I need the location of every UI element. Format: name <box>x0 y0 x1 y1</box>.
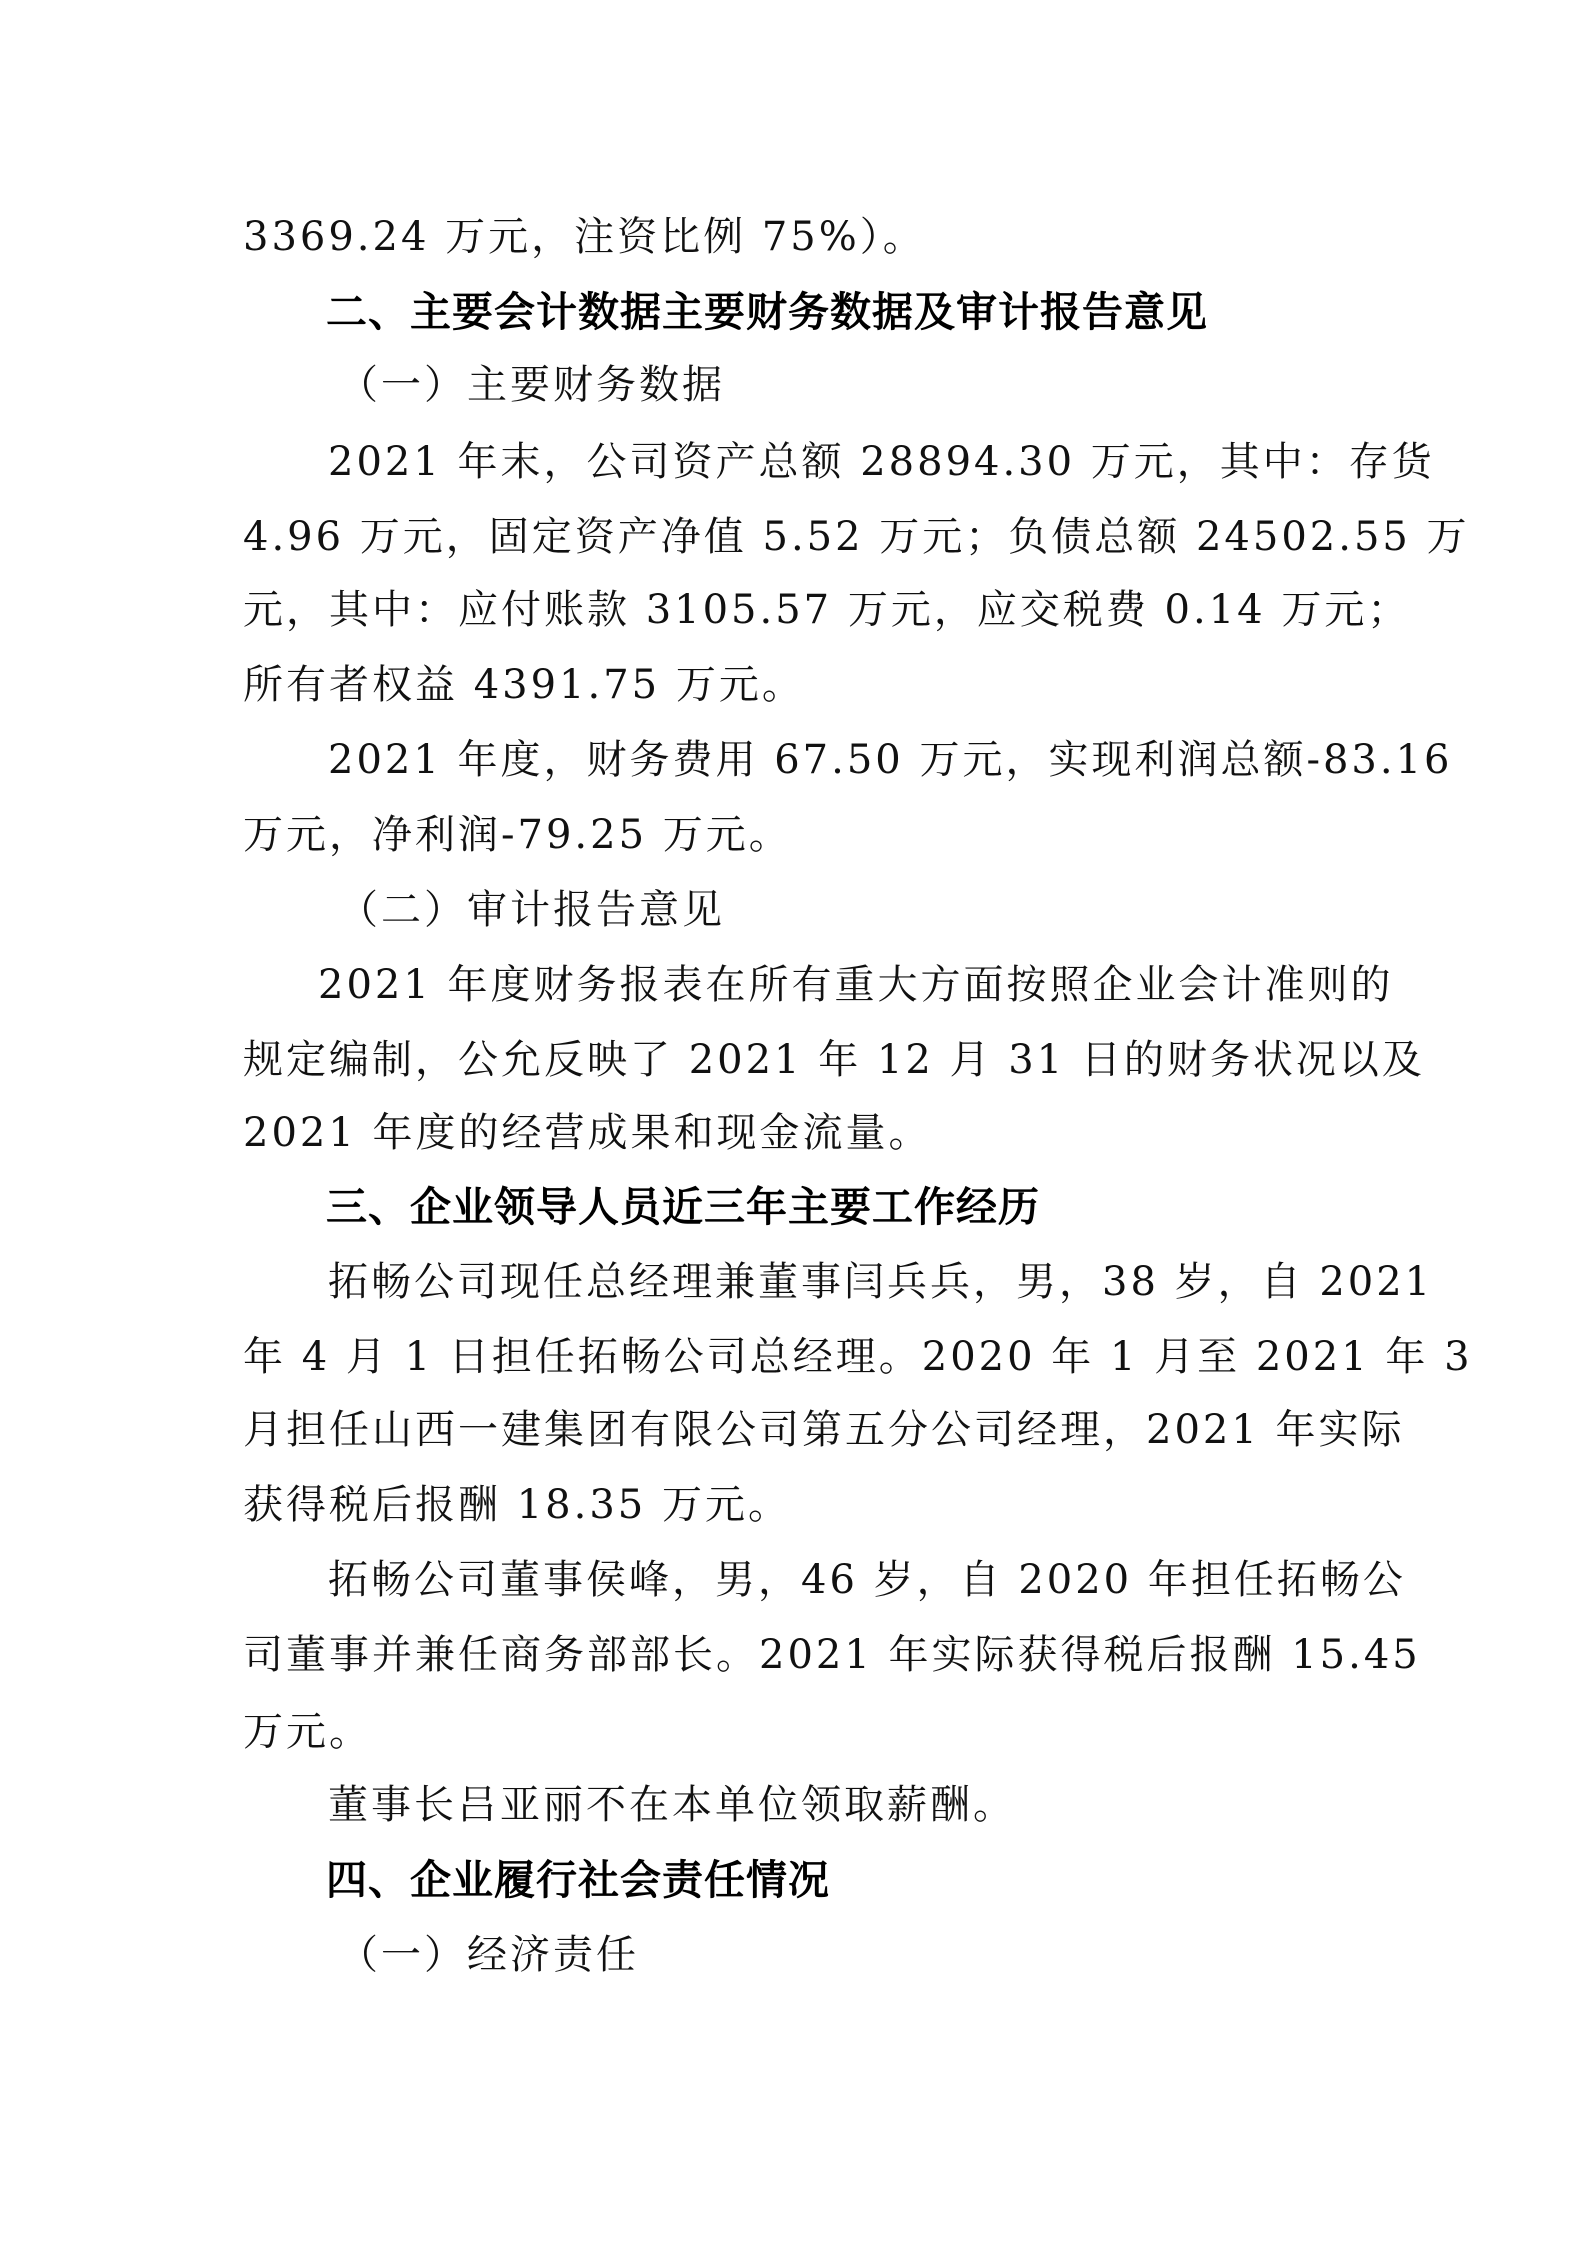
body-text-line: 获得税后报酬 18.35 万元。 <box>243 1480 791 1530</box>
section-heading-4: 四、企业履行社会责任情况 <box>326 1855 830 1905</box>
body-text-line: 万元，净利润-79.25 万元。 <box>243 810 792 860</box>
body-text-line: 2021 年末，公司资产总额 28894.30 万元，其中：存货 <box>328 437 1345 487</box>
body-text-line: 司董事并兼任商务部部长。2021 年实际获得税后报酬 15.45 <box>243 1630 1345 1680</box>
body-text-line: 拓畅公司现任总经理兼董事闫兵兵，男，38 岁，自 2021 <box>328 1257 1345 1307</box>
body-text-line: 月担任山西一建集团有限公司第五分公司经理，2021 年实际 <box>243 1405 1345 1455</box>
body-text-line: 2021 年度财务报表在所有重大方面按照企业会计准则的 <box>318 960 1345 1010</box>
body-text-line: 2021 年度，财务费用 67.50 万元，实现利润总额-83.16 <box>328 735 1345 785</box>
body-text-line: 董事长吕亚丽不在本单位领取薪酬。 <box>328 1780 1016 1830</box>
body-text-line: 4.96 万元，固定资产净值 5.52 万元；负债总额 24502.55 万 <box>243 512 1345 562</box>
section-heading-3: 三、企业领导人员近三年主要工作经历 <box>326 1182 1040 1232</box>
document-page: 3369.24 万元，注资比例 75%）。 二、主要会计数据主要财务数据及审计报… <box>0 0 1587 2245</box>
body-text-line: 所有者权益 4391.75 万元。 <box>243 660 805 710</box>
subsection-heading-economic-responsibility: （一）经济责任 <box>338 1930 639 1980</box>
body-text-line: 3369.24 万元，注资比例 75%）。 <box>243 212 926 262</box>
body-text-line: 拓畅公司董事侯峰，男，46 岁，自 2020 年担任拓畅公 <box>328 1555 1345 1605</box>
section-heading-2: 二、主要会计数据主要财务数据及审计报告意见 <box>326 287 1208 337</box>
subsection-heading-audit-opinion: （二）审计报告意见 <box>338 885 725 935</box>
body-text-line: 2021 年度的经营成果和现金流量。 <box>243 1108 932 1158</box>
body-text-line: 规定编制，公允反映了 2021 年 12 月 31 日的财务状况以及 <box>243 1035 1345 1085</box>
body-text-line: 元，其中：应付账款 3105.57 万元，应交税费 0.14 万元； <box>243 585 1318 635</box>
body-text-line: 年 4 月 1 日担任拓畅公司总经理。2020 年 1 月至 2021 年 3 <box>243 1332 1345 1382</box>
subsection-heading-financial-data: （一）主要财务数据 <box>338 360 725 410</box>
body-text-line: 万元。 <box>243 1707 372 1757</box>
